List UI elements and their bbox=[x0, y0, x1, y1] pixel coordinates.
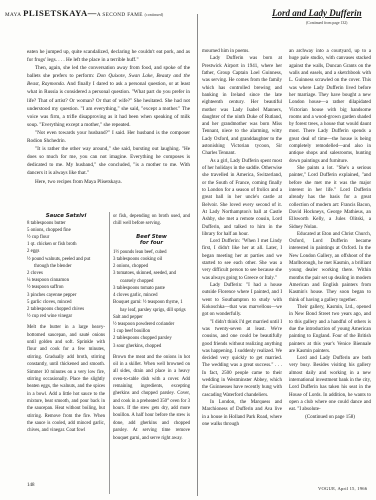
ingredient: 3 sour gherkins, chopped bbox=[113, 343, 190, 350]
ingredient: 2 eggs bbox=[27, 248, 105, 255]
ingredient: 1 qt. chicken or fish broth bbox=[27, 241, 105, 248]
ingredient: Bouquet garni: ½ teaspoon thyme, 1 bay l… bbox=[113, 299, 190, 313]
paragraph: Lady Dufferin was born at Prestwick Airp… bbox=[202, 55, 282, 157]
ingredient: ¼ teaspoon cinnamon bbox=[27, 277, 105, 284]
ingredient: 2 tablespoons chopped chives bbox=[27, 306, 105, 313]
paragraph: "Not even towards your husband?" I said.… bbox=[27, 129, 190, 145]
dufferin-continued-from: (Continued from page 132) bbox=[306, 21, 347, 25]
continued-on-note: (Continued on page 158) bbox=[289, 414, 371, 421]
paragraph: As a girl, Lady Dufferin spent most of h… bbox=[202, 158, 282, 238]
paragraph: Educated at Eton and Christ Church, Oxfo… bbox=[289, 231, 371, 304]
recipe-method: Brown the meat and the onions in hot oil… bbox=[113, 354, 190, 442]
ingredient: 3 pinches cayenne pepper bbox=[27, 292, 105, 299]
maya-article-text: eaten he jumped up, quite scandalized, d… bbox=[27, 48, 190, 186]
header-continued: (continued) bbox=[145, 13, 164, 17]
magazine-folio: VOGUE, April 15, 1966 bbox=[318, 486, 367, 491]
paragraph: Lord Dufferin: "When I met Lindy first, … bbox=[202, 238, 282, 282]
ingredient: 1½ pounds lean beef, cubed bbox=[113, 249, 190, 256]
recipe-title: Sauce Satsivi bbox=[27, 213, 105, 220]
ingredient: 1 cup beef bouillon bbox=[113, 328, 190, 335]
recipe-subtitle: for four bbox=[113, 240, 190, 247]
dufferin-column-2: an archway into a courtyard, up to a hug… bbox=[289, 48, 371, 421]
recipe-method: Melt the butter in a large heavy-bottome… bbox=[27, 324, 105, 434]
column-rule bbox=[197, 14, 198, 496]
recipe-sauce-satsivi: Sauce Satsivi 8 tablespoons butter 5 oni… bbox=[27, 213, 105, 435]
paragraph: Lord and Lady Dufferin are both very bus… bbox=[289, 355, 371, 414]
dufferin-column-1: mourned him in poems. Lady Dufferin was … bbox=[202, 48, 282, 428]
recipe-column-divider bbox=[109, 212, 110, 494]
ingredient: ½ teaspoon saffron bbox=[27, 284, 105, 291]
header-prefix: MAYA bbox=[5, 12, 21, 18]
recipe-method-continued: or fish, depending on broth used, and ch… bbox=[113, 213, 190, 228]
ingredient: ½ teaspoon powdered coriander bbox=[113, 321, 190, 328]
ingredient: ½ pound walnuts, peeled and put through … bbox=[27, 256, 105, 270]
ingredient: 2 cloves bbox=[27, 270, 105, 277]
paragraph: eaten he jumped up, quite scandalized, d… bbox=[27, 48, 190, 64]
ingredient: Salt and pepper bbox=[113, 314, 190, 321]
ingredient: ½ cup red wine vinegar bbox=[27, 313, 105, 320]
paragraph: Their gallery, Kasmin, Ltd., opened in N… bbox=[289, 304, 371, 355]
recipe-beef-stew: or fish, depending on broth used, and ch… bbox=[113, 213, 190, 442]
ingredient: ½ cup flour bbox=[27, 234, 105, 241]
ingredient: 2 onions, chopped bbox=[113, 263, 190, 270]
paragraph: She paints a lot. "She's a serious paint… bbox=[289, 165, 371, 231]
header-name: PLISETSKAYA bbox=[23, 8, 88, 18]
dufferin-title: Lord and Lady Dufferin bbox=[272, 8, 362, 18]
paragraph: In London, the Marquess and Marchioness … bbox=[202, 399, 282, 428]
page-number: 148 bbox=[27, 483, 35, 488]
header-dash: — bbox=[88, 8, 97, 18]
ingredient: 3 tablespoons cooking oil bbox=[113, 256, 190, 263]
maya-section-header: MAYA PLISETSKAYA—A SECOND FAME (continue… bbox=[5, 8, 163, 18]
ingredient: 4 cloves garlic, minced bbox=[113, 292, 190, 299]
recipe-title: Beef Stew bbox=[113, 234, 190, 241]
paragraph: Then, again, she led the conversation aw… bbox=[27, 64, 190, 129]
ingredient: 2 tablespoons chopped parsley bbox=[113, 335, 190, 342]
ingredient: 5 garlic cloves, minced bbox=[27, 299, 105, 306]
paragraph: "I didn't think I'd get married until I … bbox=[202, 319, 282, 399]
paragraph: Lady Dufferin: "I had a house outside Fl… bbox=[202, 282, 282, 319]
paragraph: Here, two recipes from Maya Plisetskaya. bbox=[27, 178, 190, 186]
paragraph: "It is rather the other way around," she… bbox=[27, 145, 190, 177]
paragraph: mourned him in poems. bbox=[202, 48, 282, 55]
magazine-page: MAYA PLISETSKAYA—A SECOND FAME (continue… bbox=[0, 0, 376, 500]
ingredient: 8 tablespoons butter bbox=[27, 220, 105, 227]
header-suffix: A SECOND FAME bbox=[97, 12, 143, 18]
ingredient: 3 tomatoes, skinned, seeded, and coarsel… bbox=[113, 270, 190, 284]
ingredient: 5 onions, chopped fine bbox=[27, 227, 105, 234]
ingredient: 3 tablespoons tomato paste bbox=[113, 285, 190, 292]
paragraph: an archway into a courtyard, up to a hug… bbox=[289, 48, 371, 165]
